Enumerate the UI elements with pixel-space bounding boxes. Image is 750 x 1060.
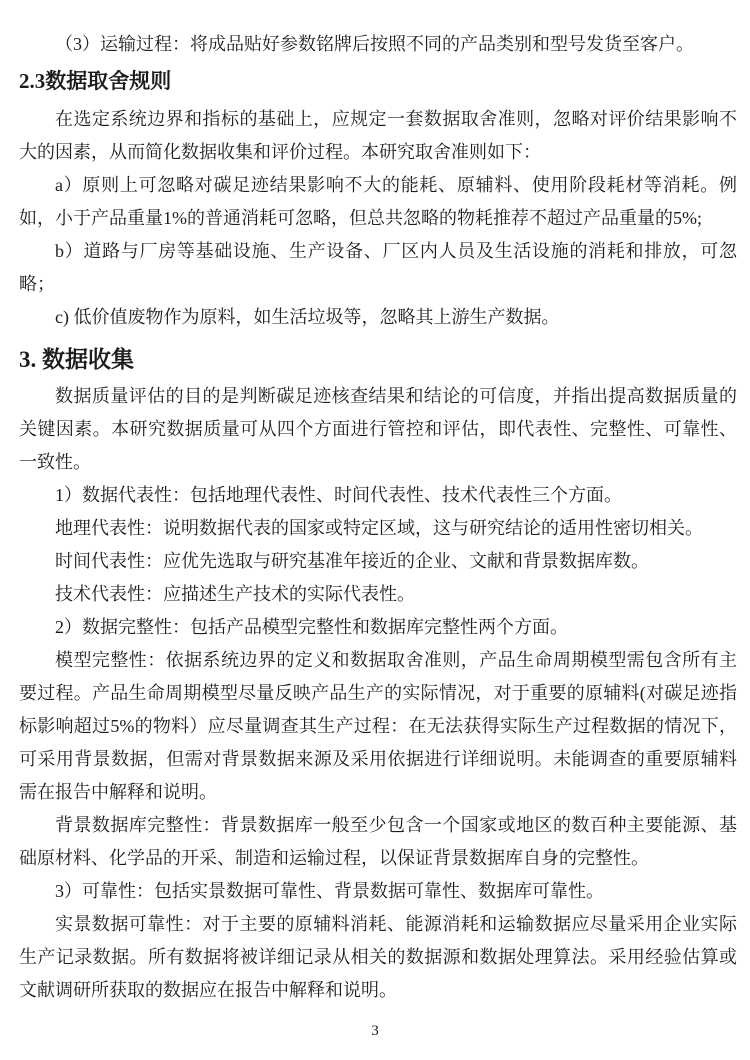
body-paragraph: 地理代表性：说明数据代表的国家或特定区域，这与研究结论的适用性密切相关。 <box>19 512 737 545</box>
body-paragraph: c) 低价值废物作为原料，如生活垃圾等，忽略其上游生产数据。 <box>19 301 737 334</box>
body-paragraph: （3）运输过程：将成品贴好参数铭牌后按照不同的产品类别和型号发货至客户。 <box>19 28 737 61</box>
body-paragraph: 时间代表性：应优先选取与研究基准年接近的企业、文献和背景数据库数。 <box>19 545 737 578</box>
page-number: 3 <box>0 1022 750 1040</box>
body-paragraph: b）道路与厂房等基础设施、生产设备、厂区内人员及生活设施的消耗和排放，可忽略； <box>19 235 737 301</box>
section-heading-minor: 2.3数据取舍规则 <box>19 66 737 96</box>
document-page: （3）运输过程：将成品贴好参数铭牌后按照不同的产品类别和型号发货至客户。2.3数… <box>0 0 750 1060</box>
body-paragraph: a）原则上可忽略对碳足迹结果影响不大的能耗、原辅料、使用阶段耗材等消耗。例如，小… <box>19 169 737 235</box>
section-heading-major: 3. 数据收集 <box>19 343 737 377</box>
body-paragraph: 数据质量评估的目的是判断碳足迹核查结果和结论的可信度，并指出提高数据质量的关键因… <box>19 380 737 479</box>
body-paragraph: 在选定系统边界和指标的基础上，应规定一套数据取舍准则，忽略对评价结果影响不大的因… <box>19 103 737 169</box>
body-paragraph: 模型完整性：依据系统边界的定义和数据取舍准则，产品生命周期模型需包含所有主要过程… <box>19 644 737 809</box>
body-paragraph: 2）数据完整性：包括产品模型完整性和数据库完整性两个方面。 <box>19 611 737 644</box>
body-paragraph: 1）数据代表性：包括地理代表性、时间代表性、技术代表性三个方面。 <box>19 479 737 512</box>
body-paragraph: 实景数据可靠性：对于主要的原辅料消耗、能源消耗和运输数据应尽量采用企业实际生产记… <box>19 908 737 1007</box>
body-paragraph: 背景数据库完整性：背景数据库一般至少包含一个国家或地区的数百种主要能源、基础原材… <box>19 809 737 875</box>
body-paragraph: 3）可靠性：包括实景数据可靠性、背景数据可靠性、数据库可靠性。 <box>19 875 737 908</box>
document-content: （3）运输过程：将成品贴好参数铭牌后按照不同的产品类别和型号发货至客户。2.3数… <box>19 28 737 1007</box>
body-paragraph: 技术代表性：应描述生产技术的实际代表性。 <box>19 578 737 611</box>
